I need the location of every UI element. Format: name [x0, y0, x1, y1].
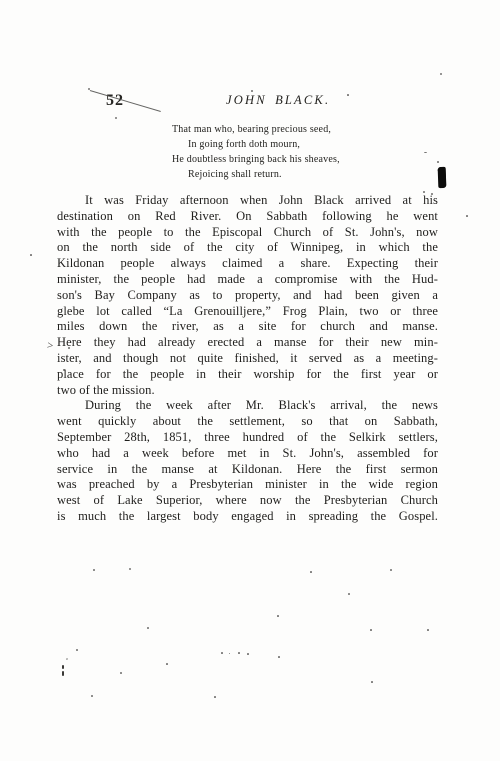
poem-line: Rejoicing shall return. [172, 167, 340, 182]
ink-blot [438, 167, 447, 188]
scan-speck [251, 90, 253, 92]
scan-speck [88, 88, 90, 90]
body-text: It was Friday afternoon when John Black … [57, 193, 438, 525]
scan-speck [147, 627, 149, 629]
scan-speck [129, 568, 131, 570]
scan-speck [247, 653, 249, 655]
scan-speck [120, 672, 122, 674]
scan-speck [214, 696, 216, 698]
poem: That man who, bearing precious seed,In g… [172, 122, 340, 182]
scan-speck [310, 571, 312, 573]
body-line: service in the manse at Kildonan. Here t… [57, 462, 438, 478]
body-line: is much the largest body engaged in spre… [57, 509, 438, 525]
body-line: Here they had already erected a manse fo… [57, 335, 438, 351]
book-page: 52 JOHN BLACK. That man who, bearing pre… [0, 0, 500, 761]
marginalia-circle-mark: ᵒ [66, 656, 68, 664]
scan-speck [347, 94, 349, 96]
poem-line: That man who, bearing precious seed, [172, 122, 340, 137]
scan-speck [76, 649, 78, 651]
body-line: minister, the people had made a compromi… [57, 272, 438, 288]
scan-speck [91, 695, 93, 697]
scan-speck [238, 652, 240, 654]
body-line: It was Friday afternoon when John Black … [57, 193, 438, 209]
scan-speck [93, 569, 95, 571]
scan-speck [423, 191, 425, 193]
scan-speck [437, 161, 439, 163]
body-line: glebe lot called “La Grenouilljere,” Fro… [57, 304, 438, 320]
scan-speck [440, 73, 442, 75]
margin-annotation-mark: > [46, 340, 54, 353]
body-line: went quickly about the settlement, so th… [57, 414, 438, 430]
scan-speck [427, 629, 429, 631]
body-line: miles down the river, as a site for chur… [57, 319, 438, 335]
scan-speck [466, 215, 468, 217]
scan-speck [30, 254, 32, 256]
body-line: son's Bay Company as to property, and ha… [57, 288, 438, 304]
body-line: destination on Red River. On Sabbath fol… [57, 209, 438, 225]
scan-speck [348, 593, 350, 595]
body-line: place for the people in their worship fo… [57, 367, 438, 383]
scan-bar-mark [62, 665, 64, 669]
body-line: During the week after Mr. Black's arriva… [57, 398, 438, 414]
scan-speck [63, 369, 65, 371]
scan-speck [390, 569, 392, 571]
pen-stroke-mark [90, 90, 161, 112]
scan-bar-mark [62, 671, 64, 676]
scan-speck [277, 615, 279, 617]
scan-speck [371, 681, 373, 683]
scan-speck [68, 347, 70, 349]
poem-line: In going forth doth mourn, [172, 137, 340, 152]
running-header-title: JOHN BLACK. [226, 93, 330, 108]
body-line: Kildonan people always claimed a share. … [57, 256, 438, 272]
body-line: September 28th, 1851, three hundred of t… [57, 430, 438, 446]
scan-speck [424, 152, 427, 153]
body-line: two of the mission. [57, 383, 438, 399]
body-line: was preached by a Presbyterian minister … [57, 477, 438, 493]
scan-speck [221, 652, 223, 654]
scan-speck [229, 653, 230, 654]
scan-speck [115, 117, 117, 119]
body-line: who had a week before met in St. John's,… [57, 446, 438, 462]
scan-speck [278, 656, 280, 658]
poem-line: He doubtless bringing back his sheaves, [172, 152, 340, 167]
scan-speck [166, 663, 168, 665]
body-line: on the north side of the city of Winnipe… [57, 240, 438, 256]
scan-speck [370, 629, 372, 631]
scan-speck [431, 193, 433, 195]
body-line: west of Lake Superior, where now the Pre… [57, 493, 438, 509]
body-line: with the people to the Episcopal Church … [57, 225, 438, 241]
body-line: ister, and though not quite finished, it… [57, 351, 438, 367]
